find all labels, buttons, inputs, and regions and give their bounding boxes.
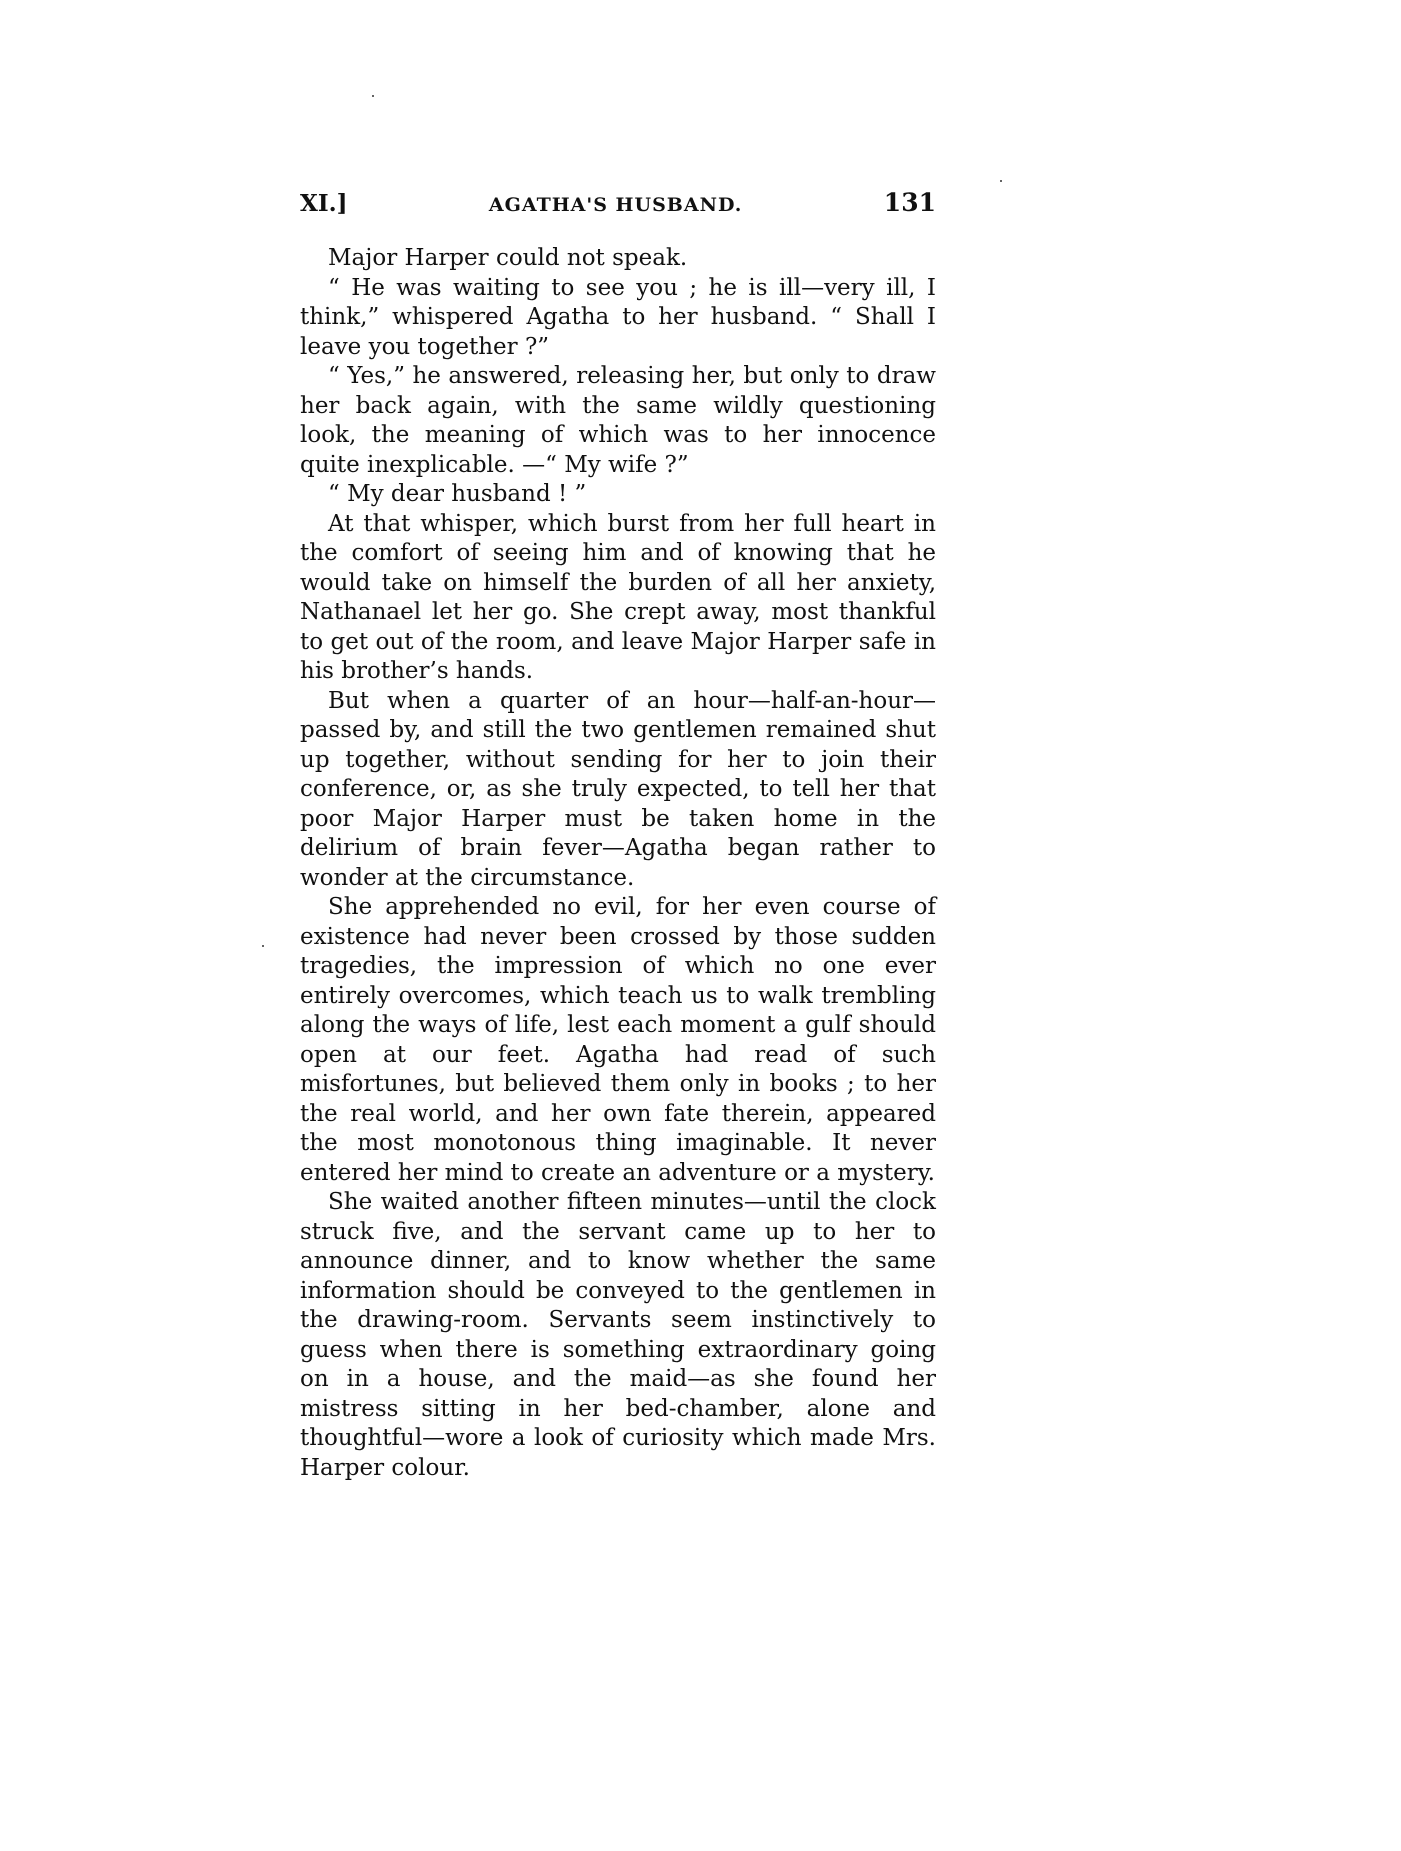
paragraph: “ Yes,” he answered, releasing her, but …	[300, 362, 936, 480]
paragraph: She waited another fifteen minutes—until…	[300, 1188, 936, 1483]
scan-speck	[372, 95, 374, 97]
body-text: Major Harper could not speak. “ He was w…	[300, 244, 936, 1483]
paragraph: “ He was waiting to see you ; he is ill—…	[300, 274, 936, 363]
scan-speck	[262, 945, 264, 947]
paragraph: At that whisper, which burst from her fu…	[300, 510, 936, 687]
chapter-mark: XI.]	[300, 190, 348, 217]
book-page: XI.] AGATHA'S HUSBAND. 131 Major Harper …	[300, 188, 936, 1483]
page-number: 131	[884, 188, 936, 217]
running-head: XI.] AGATHA'S HUSBAND. 131	[300, 188, 936, 228]
paragraph: “ My dear husband ! ”	[300, 480, 936, 510]
paragraph: Major Harper could not speak.	[300, 244, 936, 274]
paragraph: But when a quarter of an hour—half-an-ho…	[300, 687, 936, 894]
scan-speck	[1000, 180, 1002, 182]
paragraph: She apprehended no evil, for her even co…	[300, 893, 936, 1188]
running-title: AGATHA'S HUSBAND.	[489, 194, 742, 216]
